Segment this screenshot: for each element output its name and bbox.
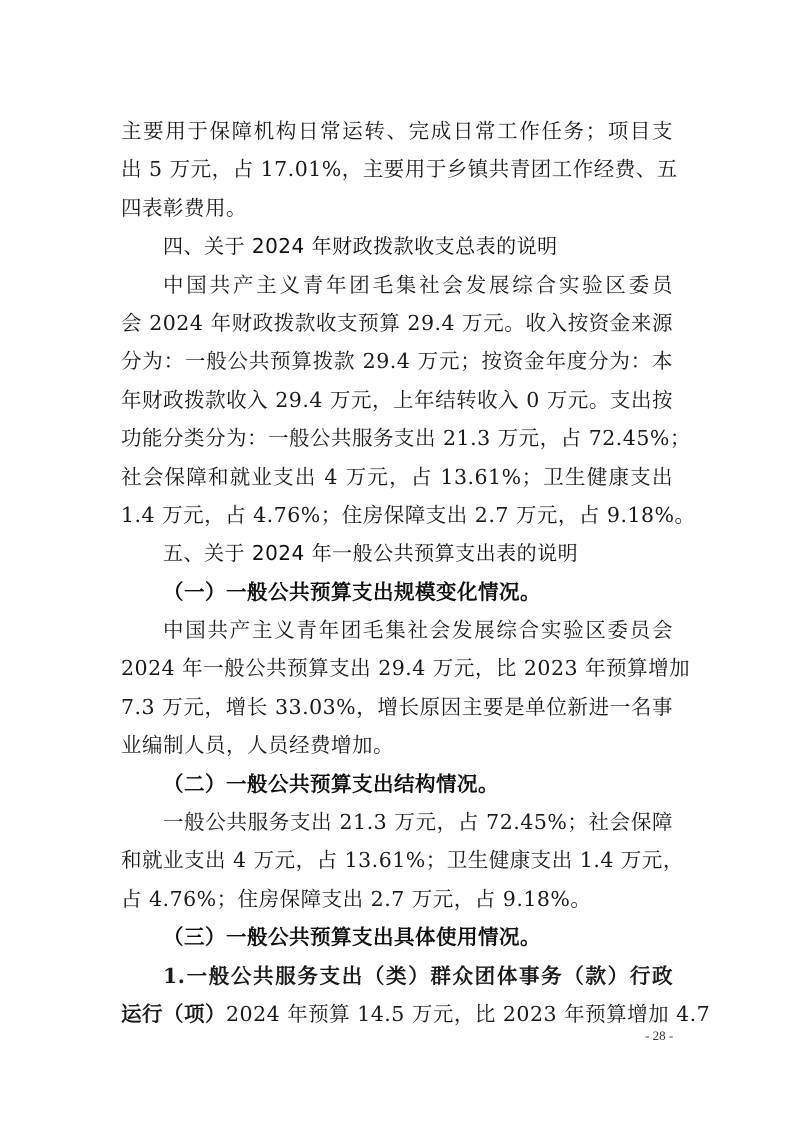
paragraph-fiscal-summary: 中国共产主义青年团毛集社会发展综合实验区委员 会 2024 年财政拨款收支预算 …: [121, 266, 673, 535]
text-line: 年财政拨款收入 29.4 万元，上年结转收入 0 万元。支出按: [121, 381, 673, 419]
text-line: 和就业支出 4 万元，占 13.61%；卫生健康支出 1.4 万元，: [121, 841, 673, 879]
text-line: 四表彰费用。: [121, 189, 673, 227]
text-line: 运行（项）2024 年预算 14.5 万元，比 2023 年预算增加 4.7: [121, 995, 673, 1033]
sub-heading-scale-change: （一）一般公共预算支出规模变化情况。: [121, 573, 673, 611]
text-line: 占 4.76%；住房保障支出 2.7 万元，占 9.18%。: [121, 880, 673, 918]
text-line: 会 2024 年财政拨款收支预算 29.4 万元。收入按资金来源: [121, 304, 673, 342]
text-line: 社会保障和就业支出 4 万元，占 13.61%；卫生健康支出: [121, 458, 673, 496]
bold-item-title: 1.一般公共服务支出（类）群众团体事务（款）行政: [163, 964, 673, 988]
text-line: 1.4 万元，占 4.76%；住房保障支出 2.7 万元，占 9.18%。: [121, 496, 673, 534]
text-line: 2024 年一般公共预算支出 29.4 万元，比 2023 年预算增加: [121, 649, 673, 687]
text-line: 主要用于保障机构日常运转、完成日常工作任务；项目支: [121, 112, 673, 150]
text-line: 业编制人员，人员经费增加。: [121, 726, 673, 764]
text-line: 功能分类分为：一般公共服务支出 21.3 万元，占 72.45%；: [121, 419, 673, 457]
text-line: 分为：一般公共预算拨款 29.4 万元；按资金年度分为：本: [121, 342, 673, 380]
document-page: 主要用于保障机构日常运转、完成日常工作任务；项目支 出 5 万元，占 17.01…: [121, 112, 673, 1033]
sub-heading-specific-usage: （三）一般公共预算支出具体使用情况。: [121, 918, 673, 956]
item-body-text: 2024 年预算 14.5 万元，比 2023 年预算增加 4.7: [226, 1002, 710, 1026]
page-number: - 28 -: [645, 1028, 673, 1044]
section-heading-5: 五、关于 2024 年一般公共预算支出表的说明: [121, 534, 673, 572]
section-heading-4: 四、关于 2024 年财政拨款收支总表的说明: [121, 227, 673, 265]
bold-item-title-cont: 运行（项）: [121, 1002, 226, 1026]
paragraph-general-public-service: 1.一般公共服务支出（类）群众团体事务（款）行政 运行（项）2024 年预算 1…: [121, 957, 673, 1034]
paragraph-structure: 一般公共服务支出 21.3 万元，占 72.45%；社会保障 和就业支出 4 万…: [121, 803, 673, 918]
paragraph-project-expenditure: 主要用于保障机构日常运转、完成日常工作任务；项目支 出 5 万元，占 17.01…: [121, 112, 673, 227]
sub-heading-structure: （二）一般公共预算支出结构情况。: [121, 765, 673, 803]
text-line: 中国共产主义青年团毛集社会发展综合实验区委员: [121, 266, 673, 304]
text-line: 中国共产主义青年团毛集社会发展综合实验区委员会: [121, 611, 673, 649]
text-line: 一般公共服务支出 21.3 万元，占 72.45%；社会保障: [121, 803, 673, 841]
paragraph-scale-change: 中国共产主义青年团毛集社会发展综合实验区委员会 2024 年一般公共预算支出 2…: [121, 611, 673, 765]
text-line: 出 5 万元，占 17.01%，主要用于乡镇共青团工作经费、五: [121, 150, 673, 188]
text-line: 7.3 万元，增长 33.03%，增长原因主要是单位新进一名事: [121, 688, 673, 726]
text-line: 1.一般公共服务支出（类）群众团体事务（款）行政: [121, 957, 673, 995]
